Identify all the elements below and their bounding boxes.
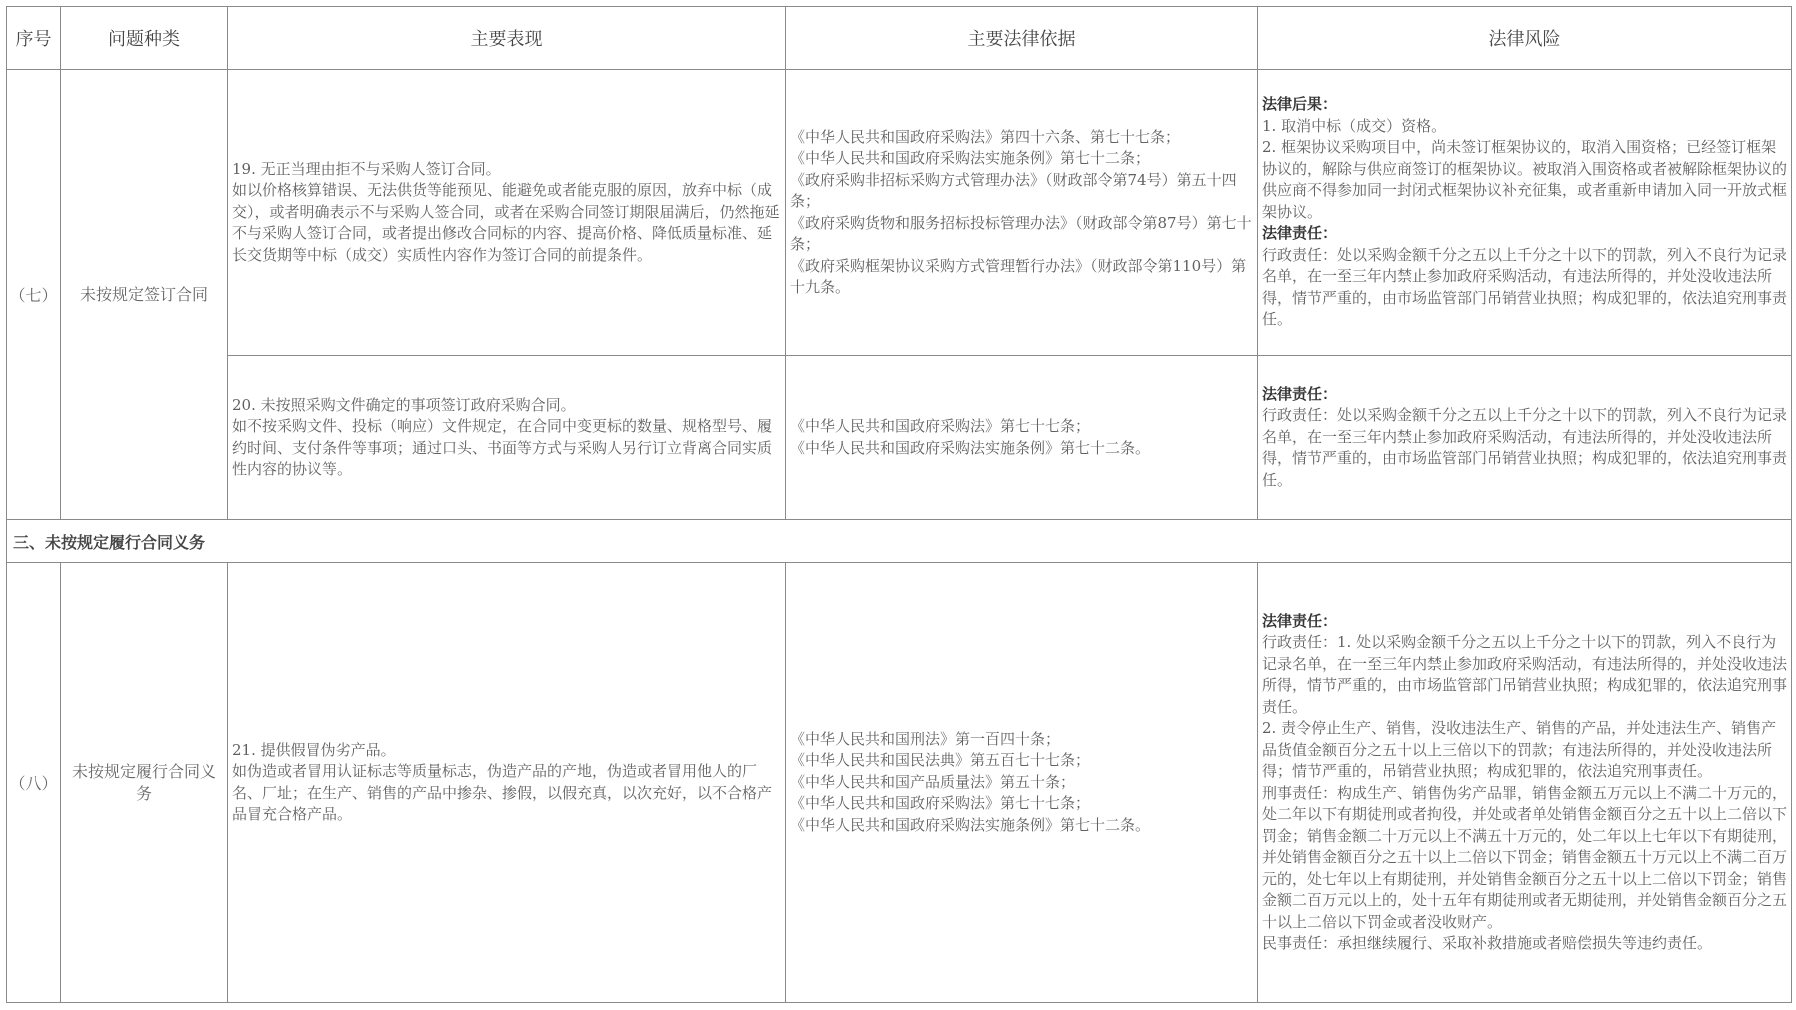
- header-row: 序号 问题种类 主要表现 主要法律依据 法律风险: [7, 7, 1792, 70]
- table-row: （七） 未按规定签订合同 19. 无正当理由拒不与采购人签订合同。 如以价格核算…: [7, 70, 1792, 356]
- law-ref: 《中华人民共和国民法典》第五百七十七条；: [790, 750, 1253, 772]
- item-detail: 如以价格核算错误、无法供货等能预见、能避免或者能克服的原因，放弃中标（成交），或…: [232, 180, 781, 266]
- legal-risk-cell: 法律后果： 1. 取消中标（成交）资格。 2. 框架协议采购项目中，尚未签订框架…: [1258, 70, 1792, 356]
- law-ref: 《中华人民共和国政府采购法》第七十七条；: [790, 793, 1253, 815]
- row-index: （八）: [7, 563, 61, 1003]
- table-row: 20. 未按照采购文件确定的事项签订政府采购合同。 如不按采购文件、投标（响应）…: [7, 356, 1792, 520]
- item-title: 19. 无正当理由拒不与采购人签订合同。: [232, 159, 781, 181]
- law-ref: 《政府采购非招标采购方式管理办法》（财政部令第74号）第五十四条；: [790, 170, 1253, 213]
- risk-heading: 法律后果：: [1262, 94, 1787, 116]
- risk-text: 2. 框架协议采购项目中，尚未签订框架协议的，取消入围资格；已经签订框架协议的，…: [1262, 137, 1787, 223]
- risk-heading: 法律责任：: [1262, 223, 1787, 245]
- law-ref: 《中华人民共和国政府采购法实施条例》第七十二条；: [790, 148, 1253, 170]
- row-category: 未按规定履行合同义务: [61, 563, 228, 1003]
- legal-risk-table: 序号 问题种类 主要表现 主要法律依据 法律风险 （七） 未按规定签订合同 19…: [6, 6, 1792, 1003]
- item-title: 21. 提供假冒伪劣产品。: [232, 740, 781, 762]
- law-ref: 《政府采购货物和服务招标投标管理办法》（财政部令第87号）第七十条；: [790, 213, 1253, 256]
- risk-heading: 法律责任：: [1262, 611, 1787, 633]
- law-ref: 《中华人民共和国政府采购法实施条例》第七十二条。: [790, 438, 1253, 460]
- risk-text: 1. 取消中标（成交）资格。: [1262, 116, 1787, 138]
- row-index: （七）: [7, 70, 61, 520]
- legal-basis-cell: 《中华人民共和国政府采购法》第七十七条； 《中华人民共和国政府采购法实施条例》第…: [786, 356, 1258, 520]
- legal-basis-cell: 《中华人民共和国刑法》第一百四十条； 《中华人民共和国民法典》第五百七十七条； …: [786, 563, 1258, 1003]
- law-ref: 《中华人民共和国政府采购法》第四十六条、第七十七条；: [790, 127, 1253, 149]
- law-ref: 《中华人民共和国政府采购法实施条例》第七十二条。: [790, 815, 1253, 837]
- header-legal-basis: 主要法律依据: [786, 7, 1258, 70]
- header-category: 问题种类: [61, 7, 228, 70]
- header-index: 序号: [7, 7, 61, 70]
- risk-text: 民事责任：承担继续履行、采取补救措施或者赔偿损失等违约责任。: [1262, 933, 1787, 955]
- legal-risk-cell: 法律责任： 行政责任：1. 处以采购金额千分之五以上千分之十以下的罚款，列入不良…: [1258, 563, 1792, 1003]
- row-category: 未按规定签订合同: [61, 70, 228, 520]
- legal-basis-cell: 《中华人民共和国政府采购法》第四十六条、第七十七条； 《中华人民共和国政府采购法…: [786, 70, 1258, 356]
- section-title: 三、未按规定履行合同义务: [7, 520, 1792, 563]
- law-ref: 《中华人民共和国产品质量法》第五十条；: [790, 772, 1253, 794]
- item-detail: 如不按采购文件、投标（响应）文件规定，在合同中变更标的数量、规格型号、履约时间、…: [232, 416, 781, 481]
- item-title: 20. 未按照采购文件确定的事项签订政府采购合同。: [232, 395, 781, 417]
- risk-text: 刑事责任：构成生产、销售伪劣产品罪，销售金额五万元以上不满二十万元的，处二年以下…: [1262, 783, 1787, 934]
- risk-heading: 法律责任：: [1262, 384, 1787, 406]
- performance-cell: 20. 未按照采购文件确定的事项签订政府采购合同。 如不按采购文件、投标（响应）…: [228, 356, 786, 520]
- law-ref: 《中华人民共和国政府采购法》第七十七条；: [790, 416, 1253, 438]
- header-legal-risk: 法律风险: [1258, 7, 1792, 70]
- table-row: （八） 未按规定履行合同义务 21. 提供假冒伪劣产品。 如伪造或者冒用认证标志…: [7, 563, 1792, 1003]
- law-ref: 《中华人民共和国刑法》第一百四十条；: [790, 729, 1253, 751]
- performance-cell: 21. 提供假冒伪劣产品。 如伪造或者冒用认证标志等质量标志，伪造产品的产地，伪…: [228, 563, 786, 1003]
- risk-text: 行政责任：处以采购金额千分之五以上千分之十以下的罚款，列入不良行为记录名单，在一…: [1262, 245, 1787, 331]
- legal-risk-cell: 法律责任： 行政责任：处以采购金额千分之五以上千分之十以下的罚款，列入不良行为记…: [1258, 356, 1792, 520]
- risk-text: 2. 责令停止生产、销售，没收违法生产、销售的产品，并处违法生产、销售产品货值金…: [1262, 718, 1787, 783]
- risk-text: 行政责任：1. 处以采购金额千分之五以上千分之十以下的罚款，列入不良行为记录名单…: [1262, 632, 1787, 718]
- performance-cell: 19. 无正当理由拒不与采购人签订合同。 如以价格核算错误、无法供货等能预见、能…: [228, 70, 786, 356]
- risk-text: 行政责任：处以采购金额千分之五以上千分之十以下的罚款，列入不良行为记录名单，在一…: [1262, 405, 1787, 491]
- item-detail: 如伪造或者冒用认证标志等质量标志，伪造产品的产地，伪造或者冒用他人的厂名、厂址；…: [232, 761, 781, 826]
- section-row: 三、未按规定履行合同义务: [7, 520, 1792, 563]
- header-performance: 主要表现: [228, 7, 786, 70]
- law-ref: 《政府采购框架协议采购方式管理暂行办法》（财政部令第110号）第十九条。: [790, 256, 1253, 299]
